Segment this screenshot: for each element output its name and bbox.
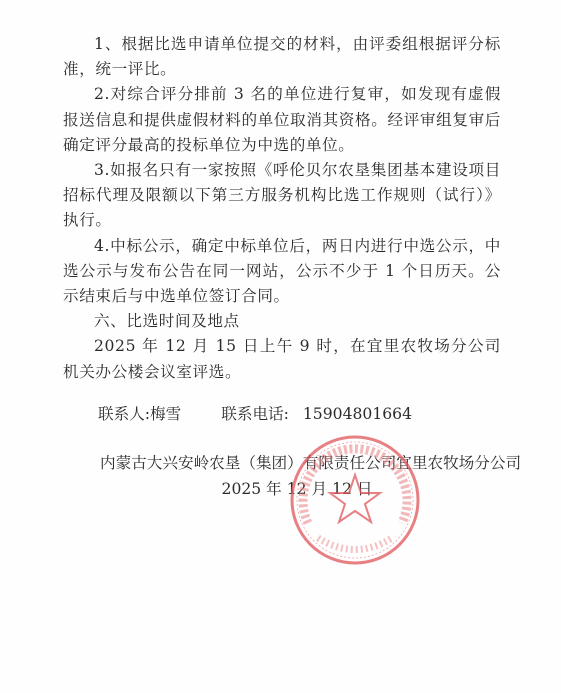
signature-organization: 内蒙古大兴安岭农垦（集团）有限责任公司宜里农牧场分公司	[60, 450, 520, 476]
contact-phone-label: 联系电话:	[221, 405, 289, 423]
document-page: 1、根据比选申请单位提交的材料，由评委组根据评分标准，统一评比。 2.对综合评分…	[0, 0, 561, 693]
paragraph-item-2: 2.对综合评分排前 3 名的单位进行复审，如发现有虚假报送信息和提供虚假材料的单…	[63, 82, 501, 158]
signature-block: 内蒙古大兴安岭农垦（集团）有限责任公司宜里农牧场分公司 2025 年 12 月 …	[60, 450, 520, 502]
paragraph-item-4: 4.中标公示，确定中标单位后，两日内进行中选公示，中选公示与发布公告在同一网站，…	[63, 234, 501, 310]
paragraph-time-location: 2025 年 12 月 15 日上午 9 时，在宜里农牧场分公司机关办公楼会议室…	[63, 334, 501, 384]
contact-person-name: 梅雪	[150, 405, 181, 423]
document-body: 1、根据比选申请单位提交的材料，由评委组根据评分标准，统一评比。 2.对综合评分…	[63, 32, 501, 385]
section-heading-time-location: 六、比选时间及地点	[63, 309, 501, 334]
paragraph-item-3: 3.如报名只有一家按照《呼伦贝尔农垦集团基本建设项目招标代理及限额以下第三方服务…	[63, 158, 501, 234]
signature-date: 2025 年 12 月 12 日	[60, 476, 520, 502]
paragraph-item-1: 1、根据比选申请单位提交的材料，由评委组根据评分标准，统一评比。	[63, 32, 501, 82]
contact-info: 联系人:梅雪联系电话:15904801664	[98, 402, 412, 426]
contact-phone: 15904801664	[303, 405, 412, 423]
contact-person-label: 联系人:	[98, 405, 150, 423]
